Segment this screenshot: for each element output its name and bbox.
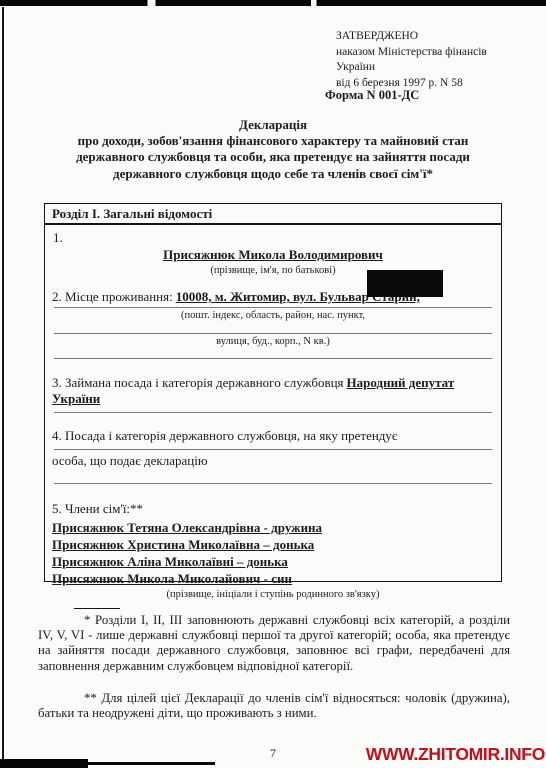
item-1-number: 1. xyxy=(53,230,494,246)
form-number: Форма N 001-ДС xyxy=(325,88,419,103)
title-line-4: державного службовця щодо себе та членів… xyxy=(0,166,546,182)
title-line-1: Декларація xyxy=(0,117,546,133)
scan-artifact-top-bar xyxy=(0,0,546,6)
field-full-name: Присяжнюк Микола Володимирович xyxy=(52,247,494,263)
family-member: Присяжнюк Микола Миколайович - син xyxy=(52,570,494,587)
address-label: 2. Місце проживання: xyxy=(52,289,173,304)
caption-address-2: вулиця, буд., корп., N кв.) xyxy=(52,335,494,348)
form-rule xyxy=(54,483,492,484)
family-members-list: Присяжнюк Тетяна Олександрівна - дружина… xyxy=(52,519,494,587)
title-line-2: про доходи, зобов'язання фінансового хар… xyxy=(0,133,546,149)
footnotes-block: * Розділи I, II, III заповнюють державні… xyxy=(38,608,510,721)
approval-line-3: України xyxy=(336,60,487,76)
family-member: Присяжнюк Тетяна Олександрівна - дружина xyxy=(52,519,494,536)
title-line-3: державного службовця та особи, яка прете… xyxy=(0,149,546,165)
form-rule xyxy=(54,412,492,413)
footnote-1: * Розділи I, II, III заповнюють державні… xyxy=(38,613,510,674)
scan-artifact-bottom-line xyxy=(60,762,215,765)
caption-family-members: (прізвище, ініціали і ступінь родинного … xyxy=(52,588,494,601)
form-rule xyxy=(54,358,492,359)
footnote-2: ** Для цілей цієї Декларації до членів с… xyxy=(38,691,510,721)
caption-address-1: (пошт. індекс, область, район, нас. пунк… xyxy=(52,309,494,322)
approval-block: ЗАТВЕРДЖЕНО наказом Міністерства фінансі… xyxy=(336,29,487,91)
form-rule xyxy=(54,333,492,334)
section-1-box: Розділ I. Загальні відомості 1. Присяжню… xyxy=(44,203,502,582)
footnote-separator xyxy=(74,608,120,609)
field-position-row: 3. Займана посада і категорія державного… xyxy=(52,375,494,407)
redaction-box xyxy=(367,270,443,297)
field-applied-position-label-2: особа, що подає декларацію xyxy=(52,453,494,469)
document-title: Декларація про доходи, зобов'язання фіна… xyxy=(0,117,546,182)
section-1-header: Розділ I. Загальні відомості xyxy=(45,204,501,225)
approval-line-1: ЗАТВЕРДЖЕНО xyxy=(336,29,487,45)
family-member: Присяжнюк Христина Миколаївна – донька xyxy=(52,536,494,553)
section-1-body: 1. Присяжнюк Микола Володимирович (прізв… xyxy=(45,225,501,601)
position-label: 3. Займана посада і категорія державного… xyxy=(52,375,344,390)
form-rule xyxy=(54,307,492,308)
family-members-label: 5. Члени сім'ї:** xyxy=(52,501,494,517)
family-member: Присяжнюк Аліна Миколаївні – донька xyxy=(52,553,494,570)
watermark: WWW.ZHITOMIR.INFO xyxy=(366,744,545,765)
field-applied-position-label: 4. Посада і категорія державного службов… xyxy=(52,428,494,444)
document-page: ЗАТВЕРДЖЕНО наказом Міністерства фінансі… xyxy=(0,0,546,768)
approval-line-2: наказом Міністерства фінансів xyxy=(336,45,487,61)
form-rule xyxy=(54,449,492,450)
